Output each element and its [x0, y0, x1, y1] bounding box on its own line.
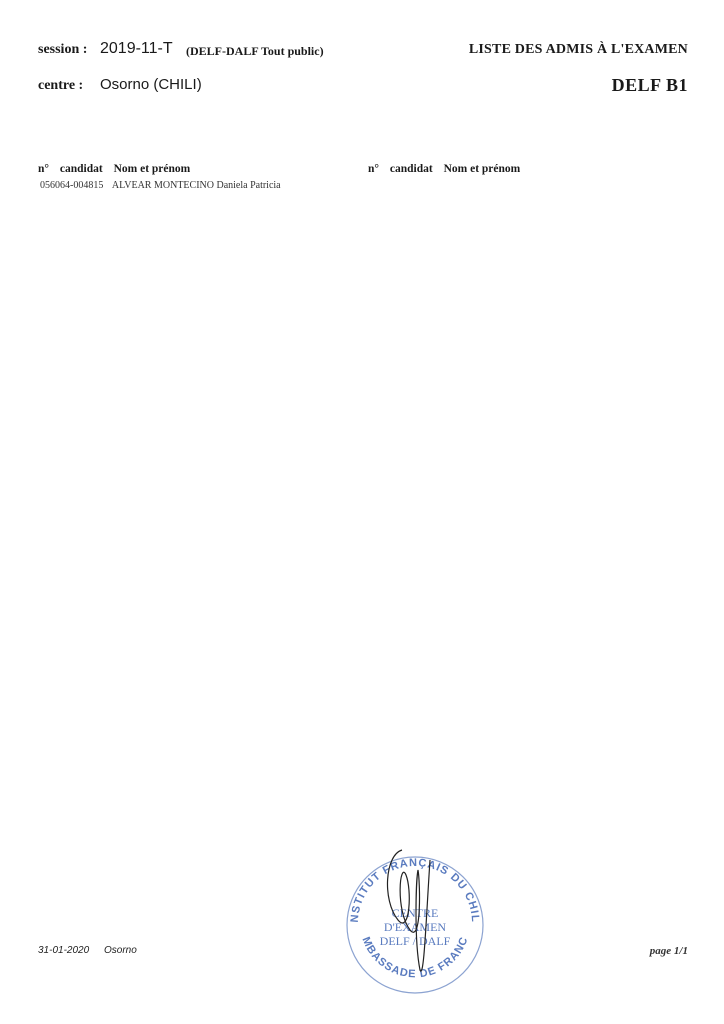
col-candidate: candidat	[390, 163, 433, 175]
centre-value: Osorno (CHILI)	[100, 76, 202, 93]
official-stamp: INSTITUT FRANÇAIS DU CHILI AMBASSADE DE …	[340, 845, 490, 995]
column-headers-left: n° candidat Nom et prénom	[38, 163, 190, 175]
page-number: page 1/1	[650, 945, 688, 957]
centre-label: centre :	[38, 78, 83, 94]
exam-level: DELF B1	[612, 75, 688, 96]
col-candidate: candidat	[60, 163, 103, 175]
footer-place: Osorno	[104, 945, 137, 956]
session-note: (DELF-DALF Tout public)	[186, 44, 324, 59]
col-number: n°	[38, 163, 49, 175]
stamp-inner-line: DELF / DALF	[380, 934, 451, 948]
col-name: Nom et prénom	[444, 163, 521, 175]
col-number: n°	[368, 163, 379, 175]
col-name: Nom et prénom	[114, 163, 191, 175]
table-row: 056064-004815 ALVEAR MONTECINO Daniela P…	[40, 180, 281, 191]
session-value: 2019-11-T	[100, 40, 173, 58]
stamp-inner-line: CENTRE	[392, 906, 439, 920]
candidate-number: 056064-004815	[40, 180, 103, 191]
list-title: LISTE DES ADMIS À L'EXAMEN	[469, 42, 688, 58]
candidate-name: ALVEAR MONTECINO Daniela Patricia	[112, 180, 281, 191]
column-headers-right: n° candidat Nom et prénom	[368, 163, 520, 175]
footer-date: 31-01-2020	[38, 945, 89, 956]
session-label: session :	[38, 42, 87, 58]
